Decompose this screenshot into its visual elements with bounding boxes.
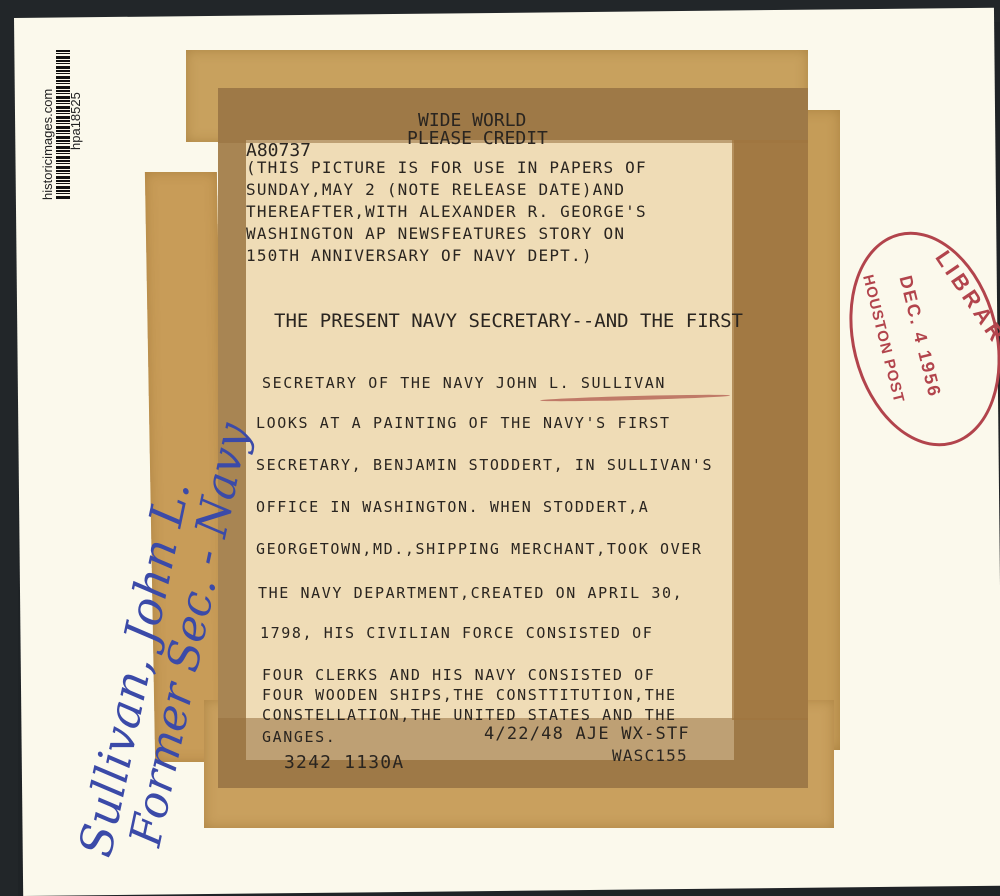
caption-body-line: FOUR CLERKS AND HIS NAVY CONSISTED OF — [262, 666, 655, 684]
caption-body-line: LOOKS AT A PAINTING OF THE NAVY'S FIRST — [256, 414, 671, 432]
caption-body-line: CONSTELLATION,THE UNITED STATES AND THE — [262, 706, 677, 724]
caption-body-line: GEORGETOWN,MD.,SHIPPING MERCHANT,TOOK OV… — [256, 540, 703, 558]
caption-body-line: THE NAVY DEPARTMENT,CREATED ON APRIL 30, — [258, 584, 683, 602]
tape-overlay-right — [732, 140, 808, 720]
release-note-line: (THIS PICTURE IS FOR USE IN PAPERS OF — [246, 158, 647, 177]
caption-body-line: GANGES. — [262, 728, 336, 746]
watermark-site: historicimages.com — [40, 89, 55, 200]
caption-body-line: SECRETARY OF THE NAVY JOHN L. SULLIVAN — [262, 374, 666, 392]
watermark-id: hpa18525 — [68, 92, 83, 150]
code-left: 3242 1130A — [284, 752, 404, 773]
release-note-line: SUNDAY,MAY 2 (NOTE RELEASE DATE)AND — [246, 180, 625, 199]
caption-body-line: 1798, HIS CIVILIAN FORCE CONSISTED OF — [260, 624, 653, 642]
release-note-line: WASHINGTON AP NEWSFEATURES STORY ON — [246, 224, 625, 243]
caption-body-line: OFFICE IN WASHINGTON. WHEN STODDERT,A — [256, 498, 649, 516]
caption-headline: THE PRESENT NAVY SECRETARY--AND THE FIRS… — [274, 310, 743, 332]
credit-line: PLEASE CREDIT — [407, 128, 548, 149]
caption-body-line: SECRETARY, BENJAMIN STODDERT, IN SULLIVA… — [256, 456, 713, 474]
code-right: WASC155 — [612, 746, 688, 765]
release-note-line: THEREAFTER,WITH ALEXANDER R. GEORGE'S — [246, 202, 647, 221]
caption-body-line: FOUR WOODEN SHIPS,THE CONSTTITUTION,THE — [262, 686, 677, 704]
release-note-line: 150TH ANNIVERSARY OF NAVY DEPT.) — [246, 246, 593, 265]
dateline: 4/22/48 AJE WX-STF — [484, 724, 690, 744]
